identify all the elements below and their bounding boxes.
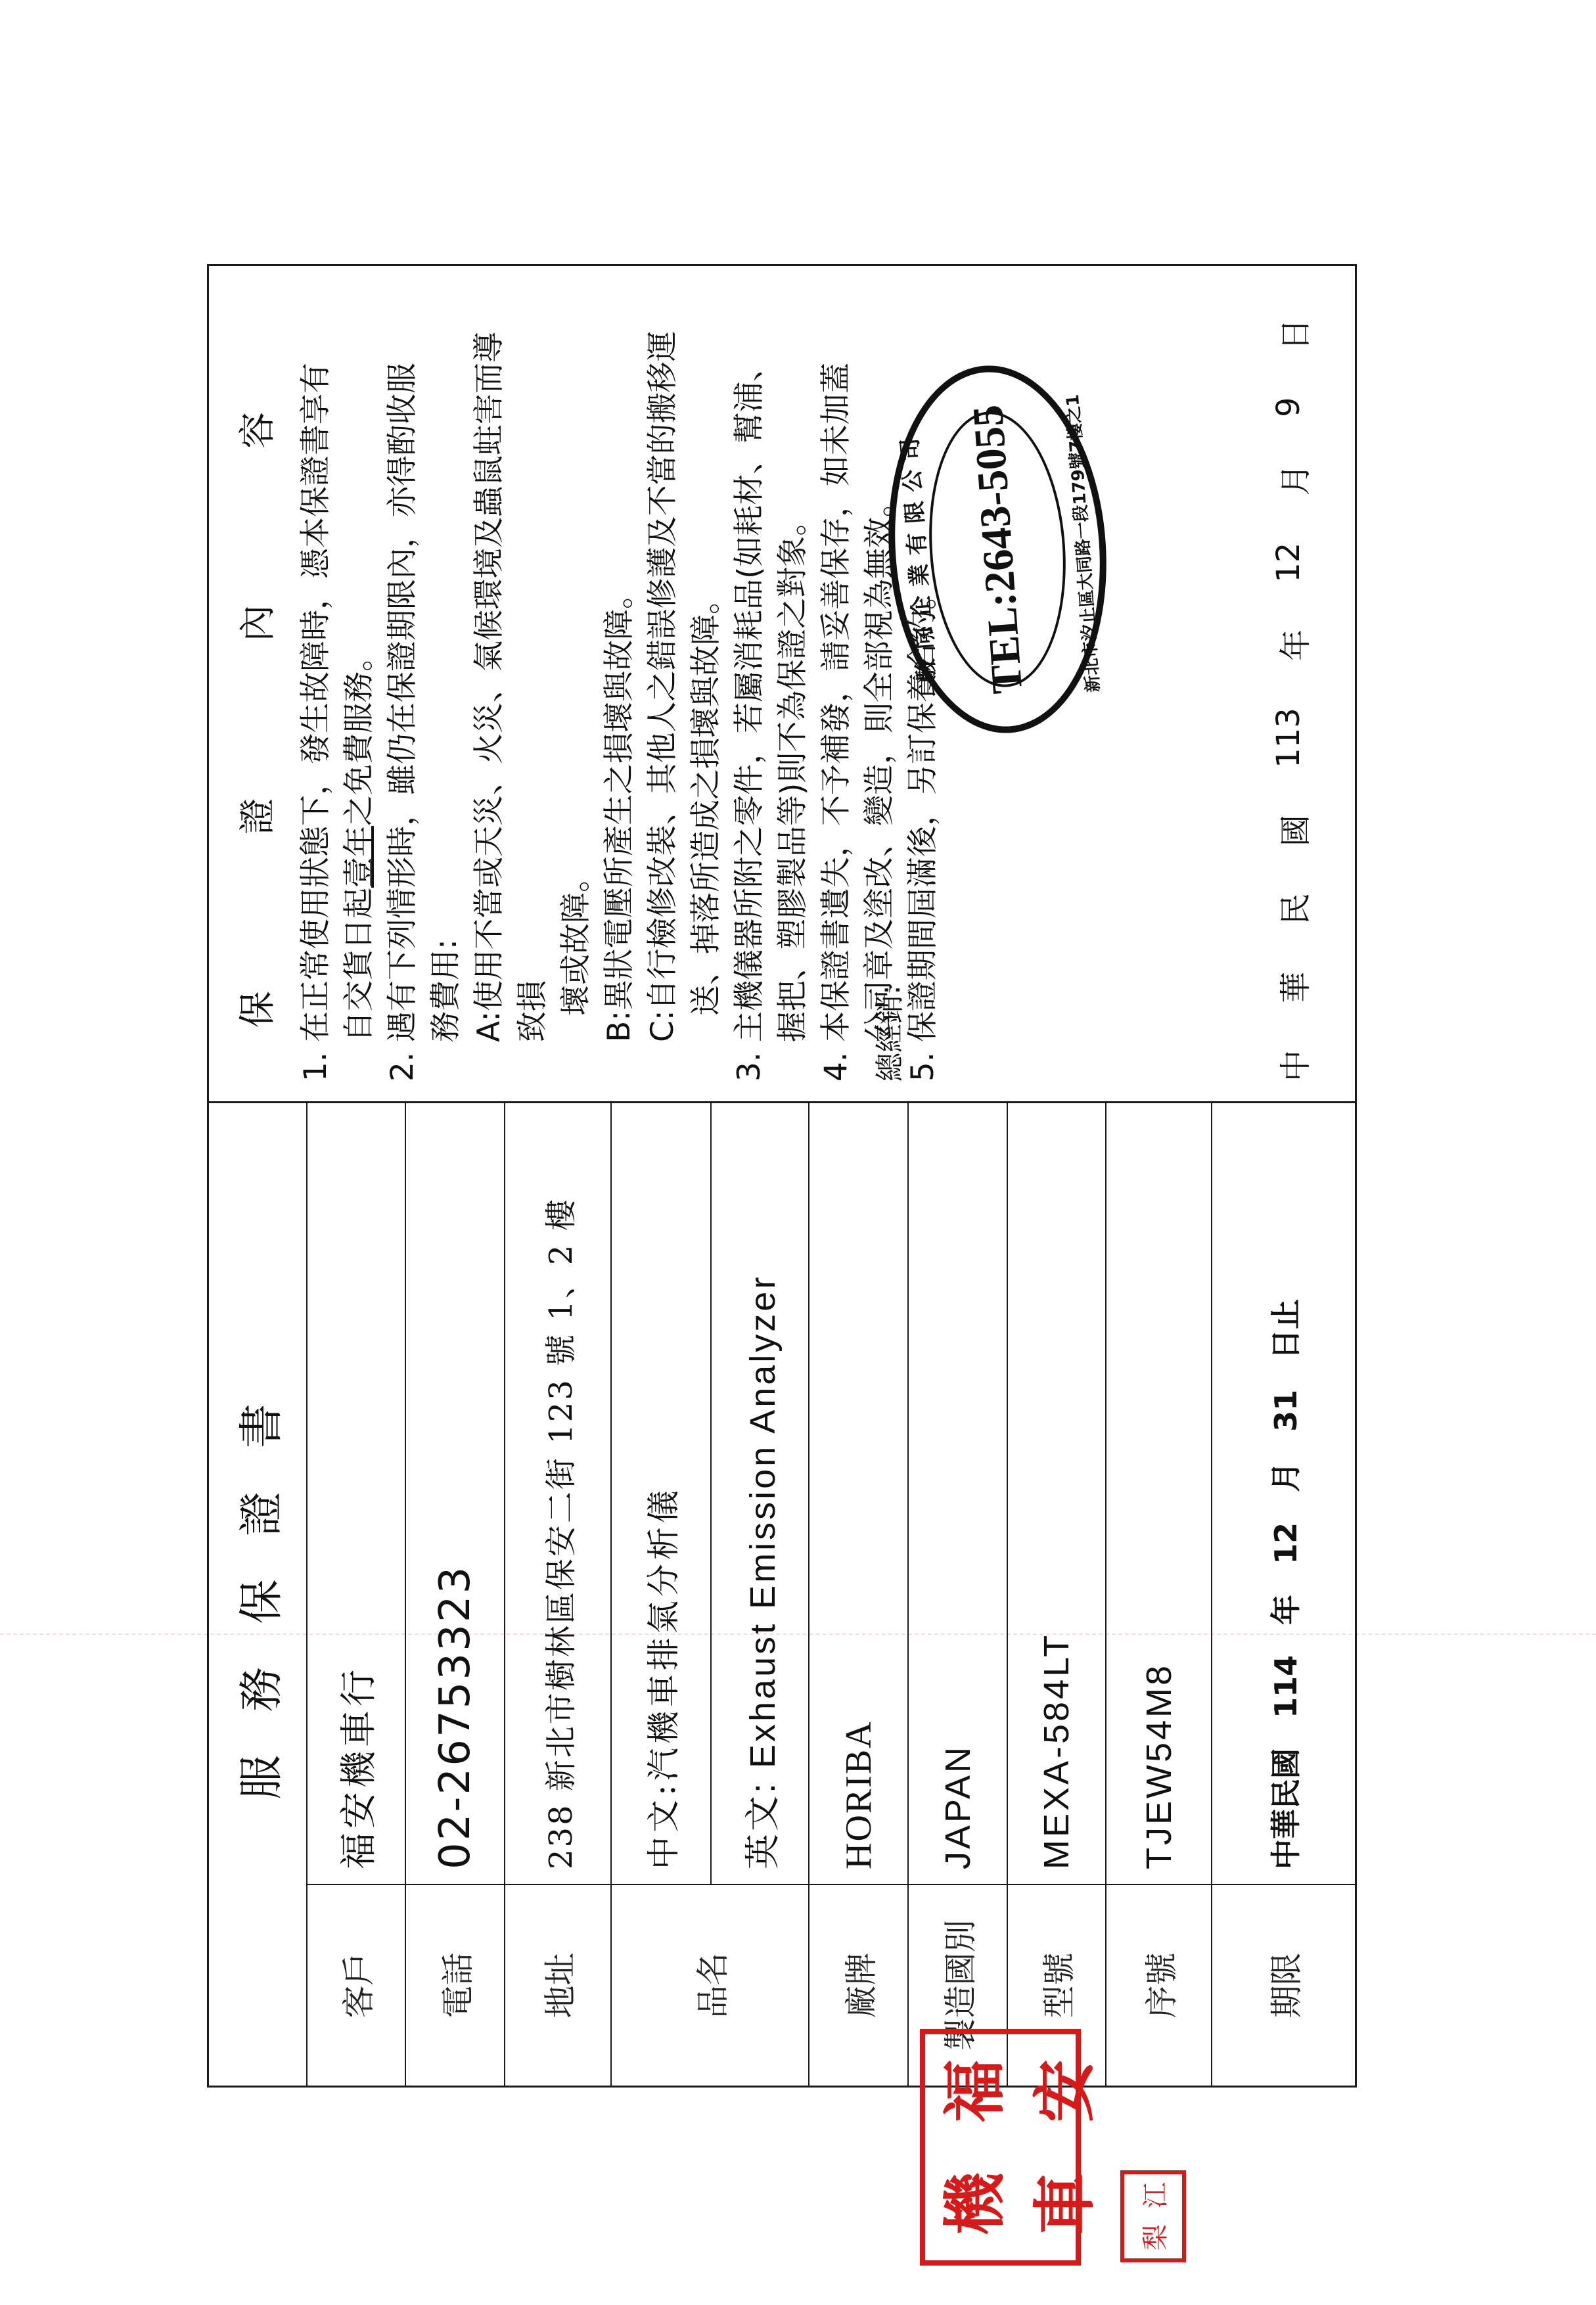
clause-2-item-b: B:異狀電壓所產生之損壞與故障。	[598, 286, 641, 1082]
value-address: 238 新北市樹林區保安二街 123 號 1、2 樓	[505, 1103, 610, 1884]
clause-line: 主機儀器所附之零件，若屬消耗品(如耗材、幫浦、	[728, 286, 771, 1042]
warranty-form: 服 務 保 證 書 客戶 福安機車行 電話 02-26753323 地址 238…	[207, 264, 1357, 2088]
clause-line: C:自行檢修改裝、其他人之錯誤修護及不當的搬移運	[641, 286, 685, 1042]
terms-title: 保 證 內 容	[229, 266, 281, 1101]
clause-number: 1.	[294, 1042, 381, 1082]
date-part: 國	[1270, 815, 1315, 846]
clause-2-item-a: A:使用不當或天災、火災、氣候環境及蟲鼠蛀害而導 致損 壞或故障。	[468, 286, 598, 1082]
value-product-name-english: 英文: Exhaust Emission Analyzer	[711, 1103, 808, 1884]
clause-line: 握把、塑膠製品等)則不為保證之對象。	[771, 286, 815, 1042]
clause-line: 送、掉落所造成之損壞與故障。	[685, 286, 728, 1042]
seal-char: 福	[925, 2034, 1015, 2147]
value-customer: 福安機車行	[308, 1103, 405, 1884]
row-product-name: 品名 中文:汽機車排氣分析儀 英文: Exhaust Emission Anal…	[612, 1103, 809, 2086]
warranty-document: 服 務 保 證 書 客戶 福安機車行 電話 02-26753323 地址 238…	[0, 0, 1596, 2305]
seal-char: 江	[1135, 2174, 1172, 2216]
clause-line: 壞或故障。	[555, 286, 598, 1042]
clause-line: B:異狀電壓所產生之損壞與故障。	[598, 286, 641, 1042]
terms-clauses: 1. 在正常使用狀態下，發生故障時，憑本保證書享有 自交貨日起壹年之免費服務。 …	[294, 286, 945, 1082]
form-title: 服 務 保 證 書	[209, 1103, 308, 2086]
seal-char: 機	[925, 2147, 1015, 2260]
warranty-terms: 保 證 內 容 1. 在正常使用狀態下，發生故障時，憑本保證書享有 自交貨日起壹…	[209, 266, 1355, 1101]
row-model: 型號 MEXA-584LT	[1008, 1103, 1106, 2086]
value-phone: 02-26753323	[406, 1103, 504, 1884]
date-part: 日	[1270, 319, 1315, 350]
clause-line: 致損	[511, 286, 555, 1042]
row-period: 期限 中華民國 114 年 12 月 31 日止	[1212, 1103, 1355, 2086]
label-product-name: 品名	[612, 1884, 808, 2086]
row-brand: 廠牌 HORIBA	[809, 1103, 909, 2086]
company-stamp: 駿向企業有限公司 TEL:2643-5055 新北市汐止區大同路一段179號7樓…	[877, 358, 1118, 741]
date-part: 民	[1270, 893, 1315, 924]
seal-char: 梨	[1135, 2216, 1172, 2258]
clause-text: 遇有下列情形時，雖仍在保證期限內，亦得酌收服 務費用:	[381, 286, 468, 1042]
shop-seal-large: 福 安 機 車	[920, 2029, 1081, 2266]
value-model: MEXA-584LT	[1008, 1103, 1105, 1884]
row-serial: 序號 TJEW54M8	[1106, 1103, 1212, 2086]
underlined-term: 壹年	[341, 826, 377, 888]
label-phone: 電話	[406, 1884, 504, 2086]
clause-number: 2.	[381, 1042, 468, 1082]
date-part: 月	[1270, 464, 1315, 495]
row-address: 地址 238 新北市樹林區保安二街 123 號 1、2 樓	[505, 1103, 612, 2086]
clause-line-underlined: 自交貨日起壹年之免費服務。	[338, 286, 381, 1042]
clause-text: 主機儀器所附之零件，若屬消耗品(如耗材、幫浦、 握把、塑膠製品等)則不為保證之對…	[728, 286, 815, 1042]
clause-number: 3.	[728, 1042, 815, 1082]
value-country: JAPAN	[909, 1103, 1007, 1884]
date-month: 12	[1270, 543, 1315, 583]
service-warranty-table: 服 務 保 證 書 客戶 福安機車行 電話 02-26753323 地址 238…	[209, 1101, 1355, 2086]
label-serial: 序號	[1106, 1884, 1211, 2086]
clause-4: 4. 本保證書遺失，不予補發，請妥善保存，如未加蓋 公司章及塗改、變造，則全部視…	[815, 286, 901, 1082]
row-country: 製造國別 JAPAN	[909, 1103, 1008, 2086]
label-customer: 客戶	[308, 1884, 405, 2086]
date-part: 中	[1270, 1050, 1315, 1082]
date-day: 9	[1270, 397, 1315, 417]
clause-3: 3. 主機儀器所附之零件，若屬消耗品(如耗材、幫浦、 握把、塑膠製品等)則不為保…	[728, 286, 815, 1082]
date-part: 年	[1270, 629, 1315, 661]
date-year: 113	[1270, 708, 1315, 768]
clause-1: 1. 在正常使用狀態下，發生故障時，憑本保證書享有 自交貨日起壹年之免費服務。	[294, 286, 381, 1082]
dealer-label: 總經銷:	[866, 985, 908, 1082]
value-serial: TJEW54M8	[1106, 1103, 1211, 1884]
row-customer: 客戶 福安機車行	[308, 1103, 406, 2086]
clause-2-item-c: C:自行檢修改裝、其他人之錯誤修護及不當的搬移運 送、掉落所造成之損壞與故障。	[641, 286, 728, 1082]
value-brand: HORIBA	[809, 1103, 907, 1884]
value-product-name-chinese: 中文:汽機車排氣分析儀	[612, 1103, 710, 1884]
clause-2: 2. 遇有下列情形時，雖仍在保證期限內，亦得酌收服 務費用:	[381, 286, 468, 1082]
personal-seal-small: 梨 江	[1120, 2170, 1186, 2262]
clause-line: 務費用:	[424, 286, 468, 1042]
clause-line: 在正常使用狀態下，發生故障時，憑本保證書享有	[294, 286, 338, 1042]
seal-char: 安	[1015, 2034, 1105, 2147]
label-brand: 廠牌	[809, 1884, 907, 2086]
clause-line: 本保證書遺失，不予補發，請妥善保存，如未加蓋	[815, 286, 858, 1042]
value-period: 中華民國 114 年 12 月 31 日止	[1212, 1103, 1355, 1884]
row-phone: 電話 02-26753323	[406, 1103, 505, 2086]
label-period: 期限	[1212, 1884, 1355, 2086]
seal-char: 車	[1015, 2147, 1105, 2260]
date-part: 華	[1270, 972, 1315, 1003]
issue-date: 中 華 民 國 113 年 12 月 9 日	[1270, 319, 1315, 1082]
label-address: 地址	[505, 1884, 610, 2086]
clause-line: A:使用不當或天災、火災、氣候環境及蟲鼠蛀害而導	[468, 286, 511, 1042]
clause-line: 遇有下列情形時，雖仍在保證期限內，亦得酌收服	[381, 286, 424, 1042]
clause-text: 在正常使用狀態下，發生故障時，憑本保證書享有 自交貨日起壹年之免費服務。	[294, 286, 381, 1042]
